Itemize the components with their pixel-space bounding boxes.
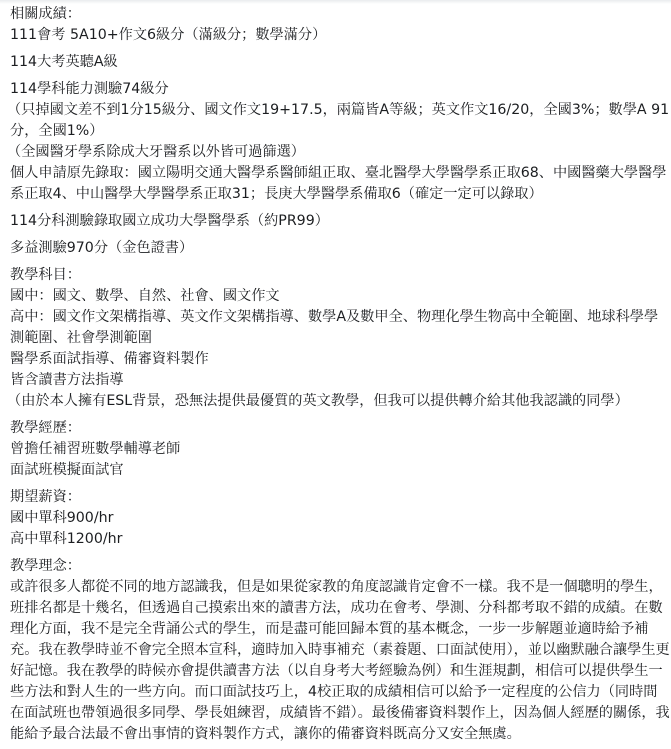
section-toeic: 多益測驗970分（金色證書） xyxy=(10,238,670,259)
toeic-score: 多益測驗970分（金色證書） xyxy=(10,238,670,259)
gsat-detail: （只掉國文差不到1分15級分、國文作文19+17.5，兩篇皆A等級；英文作文16… xyxy=(10,100,670,142)
heading-philosophy: 教學理念： xyxy=(10,556,670,577)
heading-subjects: 教學科目： xyxy=(10,265,670,286)
post-body: 相關成績： 111會考 5A10+作文6級分（滿級分；數學滿分） 114大考英聽… xyxy=(10,4,670,749)
ast-admission: 114分科測驗錄取國立成功大學醫學系（約PR99） xyxy=(10,211,670,232)
personal-application-results: 個人申請原先錄取：國立陽明交通大醫學系醫師組正取、臺北醫學大學醫學系正取68、中… xyxy=(10,163,670,205)
subjects-junior-high: 國中：國文、數學、自然、社會、國文作文 xyxy=(10,286,670,307)
section-ast: 114分科測驗錄取國立成功大學醫學系（約PR99） xyxy=(10,211,670,232)
experience-interviewer: 面試班模擬面試官 xyxy=(10,460,670,481)
experience-cram-school: 曾擔任補習班數學輔導老師 xyxy=(10,439,670,460)
heading-experience: 教學經歷： xyxy=(10,418,670,439)
section-grades: 相關成績： 111會考 5A10+作文6級分（滿級分；數學滿分） xyxy=(10,4,670,46)
salary-junior-high: 國中單科900/hr xyxy=(10,508,670,529)
subjects-study-method: 皆含讀書方法指導 xyxy=(10,370,670,391)
section-subjects: 教學科目： 國中：國文、數學、自然、社會、國文作文 高中：國文作文架構指導、英文… xyxy=(10,265,670,412)
gsat-score: 114學科能力測驗74級分 xyxy=(10,79,670,100)
salary-senior-high: 高中單科1200/hr xyxy=(10,529,670,550)
english-listening-result: 114大考英聽A級 xyxy=(10,52,670,73)
heading-salary: 期望薪資： xyxy=(10,487,670,508)
subjects-med-interview: 醫學系面試指導、備審資料製作 xyxy=(10,349,670,370)
section-experience: 教學經歷： 曾擔任補習班數學輔導老師 面試班模擬面試官 xyxy=(10,418,670,481)
grades-cap-exam: 111會考 5A10+作文6級分（滿級分；數學滿分） xyxy=(10,25,670,46)
section-gsat: 114學科能力測驗74級分 （只掉國文差不到1分15級分、國文作文19+17.5… xyxy=(10,79,670,205)
heading-grades: 相關成績： xyxy=(10,4,670,25)
subjects-senior-high: 高中：國文作文架構指導、英文作文架構指導、數學A及數甲全、物理化學生物高中全範圍… xyxy=(10,307,670,349)
section-salary: 期望薪資： 國中單科900/hr 高中單科1200/hr xyxy=(10,487,670,550)
gsat-screening-note: （全國醫牙學系除成大牙醫系以外皆可過篩選） xyxy=(10,142,670,163)
philosophy-text: 或許很多人都從不同的地方認識我，但是如果從家教的角度認識肯定會不一樣。我不是一個… xyxy=(10,577,670,745)
section-english-listening: 114大考英聽A級 xyxy=(10,52,670,73)
section-philosophy: 教學理念： 或許很多人都從不同的地方認識我，但是如果從家教的角度認識肯定會不一樣… xyxy=(10,556,670,745)
subjects-esl-note: （由於本人擁有ESL背景，恐無法提供最優質的英文教學，但我可以提供轉介給其他我認… xyxy=(10,391,670,412)
